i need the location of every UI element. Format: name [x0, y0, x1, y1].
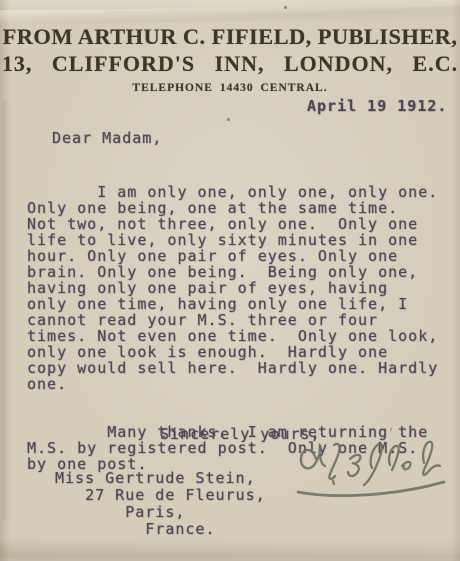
body-text-line: cannot read your M.S. three or four	[27, 312, 438, 328]
letterhead-publisher-line: FROM ARTHUR C. FIFIELD, PUBLISHER,	[0, 24, 460, 50]
body-text-line: times. Not even one time. Only one look,	[27, 328, 438, 344]
letterhead-telephone-line: TELEPHONE 14430 CENTRAL.	[0, 82, 460, 94]
date-line: April 19 1912.	[307, 98, 447, 114]
signature-handwriting	[294, 432, 452, 504]
body-text-line: Not two, not three, only one. Only one	[27, 216, 438, 232]
paper-crease-bottom	[0, 538, 460, 558]
body-text-line: only one time, having only one life, I	[27, 296, 438, 312]
body-text-line: only one look is enough. Hardly one	[27, 344, 438, 360]
recipient-address-line: Miss Gertrude Stein,	[55, 470, 266, 487]
paragraph-one: I am only one, only one, only one.Only o…	[27, 184, 438, 392]
paper-speckle	[284, 6, 287, 9]
recipient-address-block: Miss Gertrude Stein, 27 Rue de Fleurus, …	[55, 470, 266, 538]
body-text-line: brain. Only one being. Being only one,	[27, 264, 438, 280]
letterhead: FROM ARTHUR C. FIFIELD, PUBLISHER, 13, C…	[0, 24, 460, 94]
body-text-line: having only one pair of eyes, having	[27, 280, 438, 296]
body-text-line: hour. Only one pair of eyes. Only one	[27, 248, 438, 264]
paper-crease-left	[2, 100, 12, 520]
paper-crease-top	[0, 6, 460, 25]
salutation: Dear Madam,	[52, 130, 162, 146]
body-text-line: copy would sell here. Hardly one. Hardly	[27, 360, 438, 376]
letter-scan: FROM ARTHUR C. FIFIELD, PUBLISHER, 13, C…	[0, 0, 460, 561]
body-text-line: I am only one, only one, only one.	[27, 184, 438, 200]
paper-speckle	[227, 118, 230, 121]
body-text-line: one.	[27, 376, 438, 392]
letterhead-address-line: 13, CLIFFORD'S INN, LONDON, E.C.	[0, 51, 460, 77]
recipient-address-line: Paris,	[55, 504, 266, 521]
body-text-line: life to live, only sixty minutes in one	[27, 232, 438, 248]
body-text-line: Only one being, one at the same time.	[27, 200, 438, 216]
recipient-address-line: 27 Rue de Fleurus,	[55, 487, 266, 504]
recipient-address-line: France.	[55, 521, 266, 538]
